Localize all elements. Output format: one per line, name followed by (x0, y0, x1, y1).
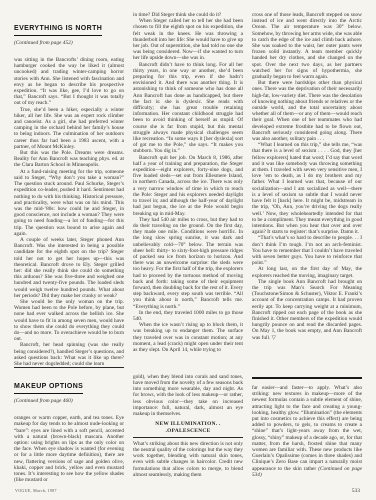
article-makeup-section-col3: far easier—and faster—to apply. What’s a… (252, 377, 362, 478)
paragraph: The single book Ann Bancroft had brought… (252, 279, 362, 341)
paragraph: At long last, on the first day of May, t… (252, 266, 362, 278)
section-divider (14, 367, 124, 368)
paragraph: far easier—and faster—to apply. What’s a… (252, 385, 362, 478)
article-makeup-section-col2: gold), when they blend into corals and s… (133, 374, 243, 478)
paragraph: Bancroft quit her job. On March 8, 1986,… (133, 155, 243, 217)
article-north-continued-from: (Continued from page 452) (14, 40, 124, 46)
columns-container: EVERYTHING IS NORTH (Continued from page… (0, 0, 376, 500)
article-makeup-section-col1: MAKEUP OPTIONS (Continued from page 460)… (14, 367, 124, 483)
section-divider-thick (252, 377, 362, 379)
paragraph: But this was the Pole. Dreams were dream… (14, 150, 124, 169)
paragraph: In the end, they traveled 1000 miles to … (133, 310, 243, 322)
paragraph: cross one of those leads, Bancroft stepp… (252, 12, 362, 80)
column-2: in time? Did Steger think she could do i… (133, 12, 243, 478)
column-3: cross one of those leads, Bancroft stepp… (252, 12, 362, 478)
paragraph: Bancroft didn’t have to think long. For … (133, 62, 243, 155)
paragraph: What’s striking about this new direction… (133, 441, 243, 478)
article-north-header: EVERYTHING IS NORTH (Continued from page… (14, 17, 124, 57)
paragraph: They had 540 air miles to cross, but the… (133, 217, 243, 310)
paragraph: was sitting in the Bancrofts’ dining roo… (14, 57, 124, 107)
paragraph-text: far easier—and faster—to apply. What’s a… (252, 385, 362, 472)
paragraph: She would be the only woman on the trip.… (14, 299, 124, 342)
magazine-page: EVERYTHING IS NORTH (Continued from page… (0, 0, 376, 500)
magazine-footer: VOGUE, March, 1987 (15, 488, 57, 493)
paragraph: gold), when they blend into corals and s… (133, 374, 243, 417)
paragraph: At a fund-raising meeting for the trip, … (14, 169, 124, 237)
article-north-title: EVERYTHING IS NORTH (14, 25, 102, 36)
paragraph: True, she’d been a hiker, especially a w… (14, 107, 124, 150)
column-1: EVERYTHING IS NORTH (Continued from page… (14, 12, 124, 478)
paragraph: When Steger called her to tell her she h… (133, 18, 243, 61)
paragraph: But there were hardships other than phys… (252, 80, 362, 142)
article-makeup-title: MAKEUP OPTIONS (14, 383, 83, 394)
paragraph: A couple of weeks later, Steger phoned A… (14, 237, 124, 299)
paragraph: “What I learned on this trip,” she tells… (252, 142, 362, 235)
paragraph: When the ice wasn’t rising up to block t… (133, 322, 243, 353)
paragraph: Bancroft, her head spinning (was she rea… (14, 342, 124, 367)
paragraph: “That’s what’s so hard to describe to pe… (252, 235, 362, 266)
page-number: 533 (352, 488, 360, 494)
article-makeup-subhead: NEW ILLUMINATION. . .OPALESCENCE (133, 421, 243, 438)
paragraph: oranges or warm copper, earth, and tea t… (14, 415, 124, 483)
article-makeup-continued-from: (Continued from page 460) (14, 398, 124, 404)
